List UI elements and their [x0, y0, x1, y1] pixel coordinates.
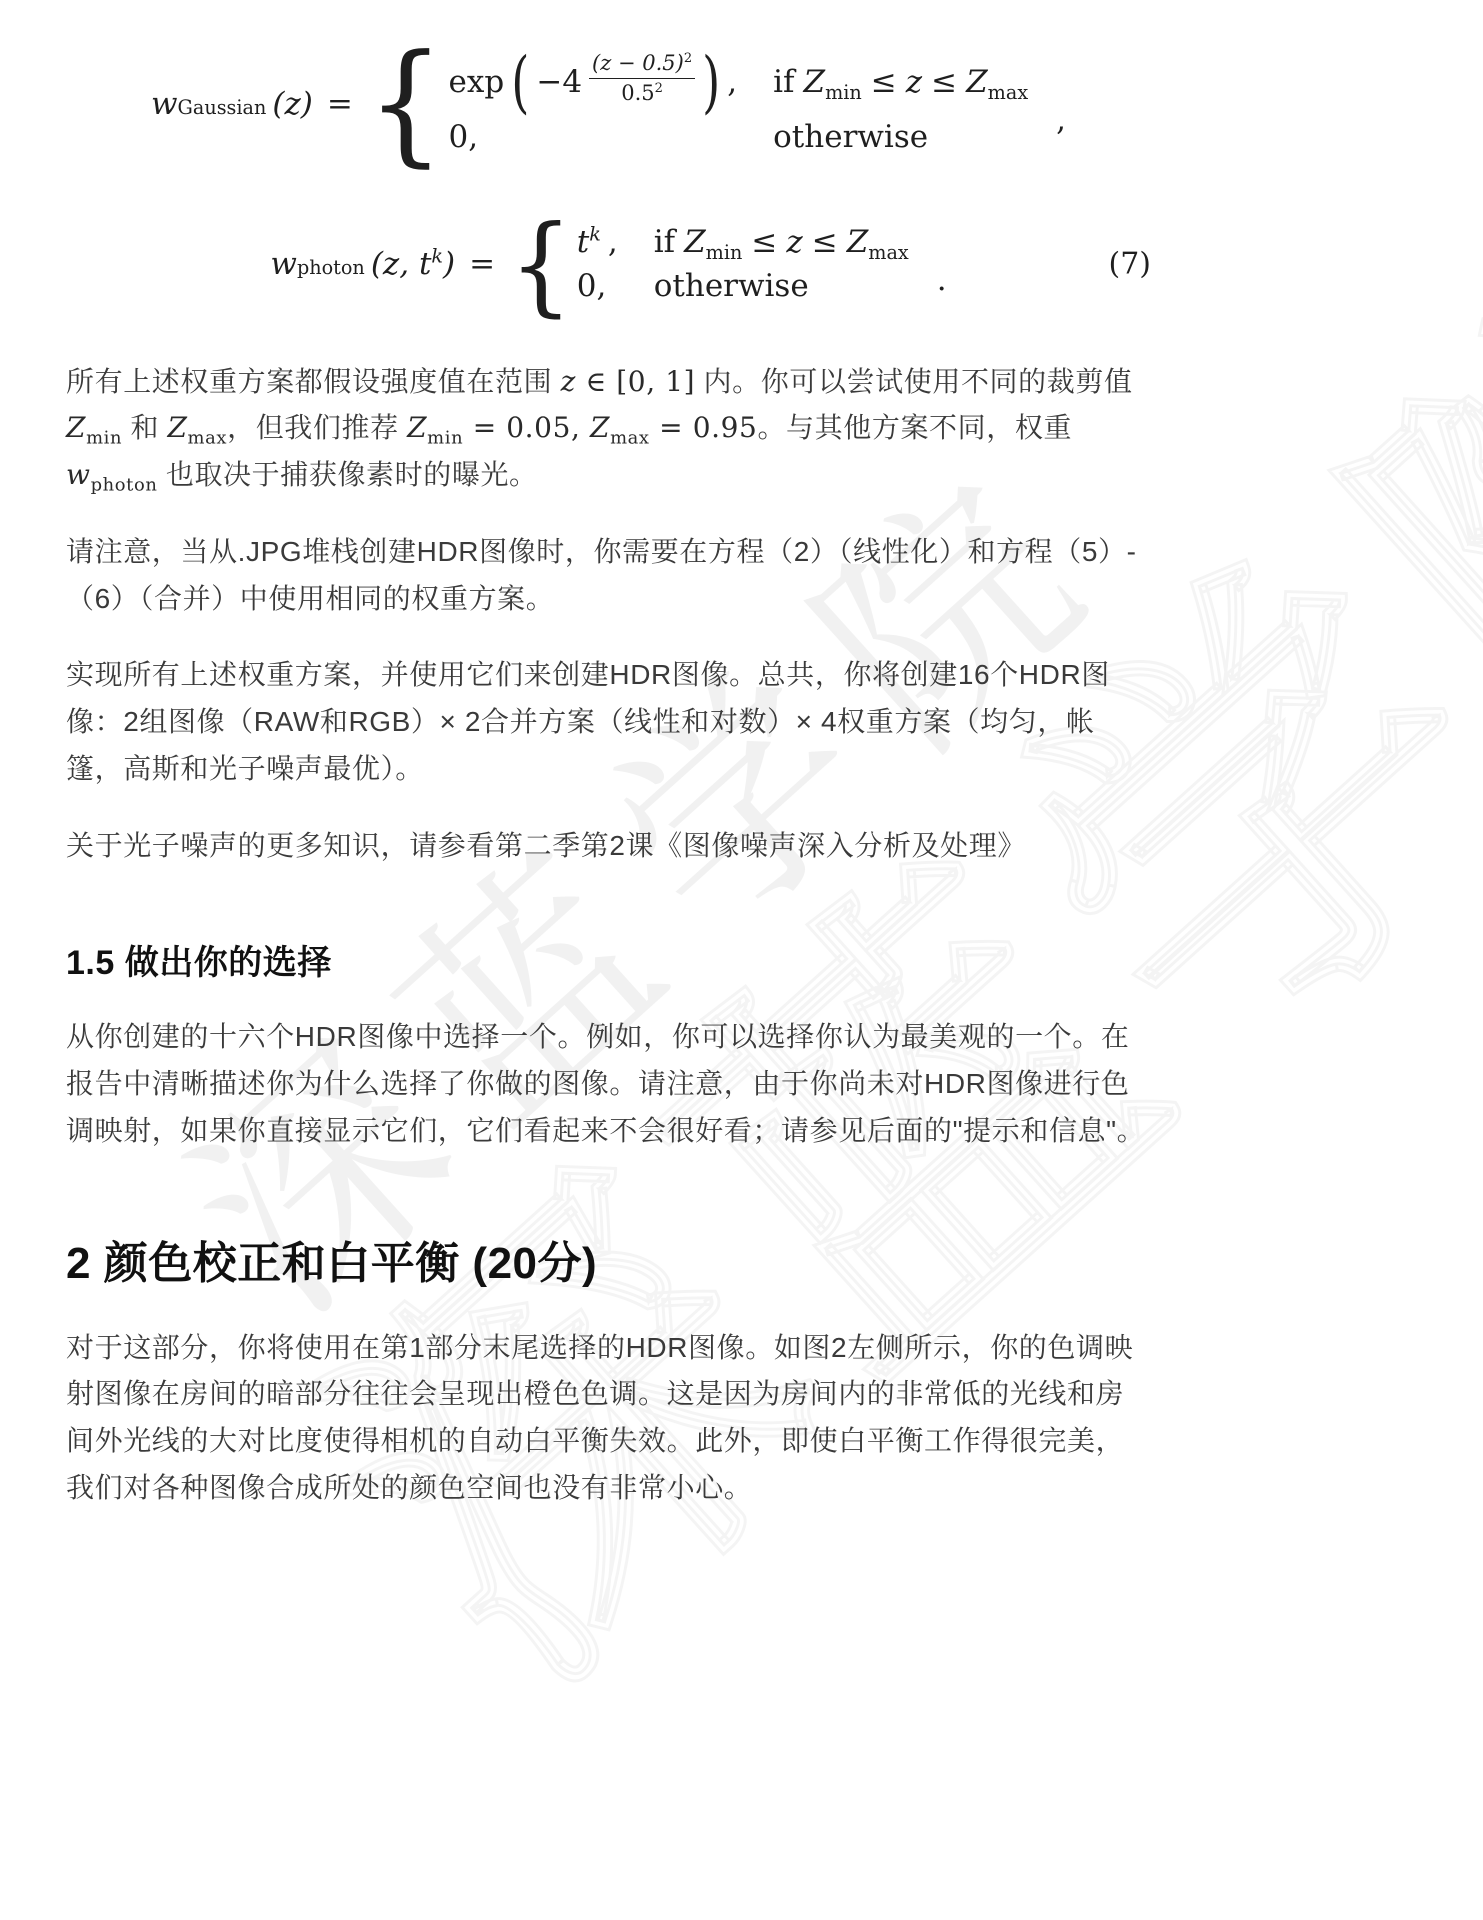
sub-min: min — [86, 428, 122, 449]
var-w: w — [151, 86, 178, 122]
z-min: Zmin — [804, 64, 862, 100]
equation-gaussian-weight: wGaussian(z)= { exp ( −4 (z − 0.5)20.52 … — [66, 52, 1151, 156]
var-z: z — [561, 365, 576, 398]
leq-sign: ≤ — [871, 64, 897, 100]
cases-brace: { — [367, 48, 445, 160]
sub-max: max — [868, 241, 909, 264]
leq-sign: ≤ — [931, 64, 957, 100]
equation-lhs: wGaussian(z)= — [151, 86, 365, 122]
var-Z: Z — [966, 64, 988, 100]
args-open: (z, t — [371, 246, 432, 282]
case-value-1: exp ( −4 (z − 0.5)20.52 ), — [449, 53, 738, 111]
fraction-numerator: (z − 0.5)2 — [589, 50, 695, 79]
var-z: z — [786, 224, 802, 260]
fraction: (z − 0.5)20.52 — [589, 50, 695, 108]
numerator-base: (z − 0.5) — [592, 51, 684, 75]
args-z: (z) — [272, 86, 313, 122]
var-Z: Z — [167, 411, 187, 444]
sub-min: min — [706, 241, 743, 264]
if-keyword: if — [654, 224, 675, 260]
var-Z: Z — [804, 64, 826, 100]
big-paren-close: ) — [702, 43, 720, 121]
var-Z: Z — [847, 224, 869, 260]
case-condition-2: otherwise — [773, 119, 1028, 155]
trailing-comma: , — [1056, 102, 1066, 138]
args-z-tk: (z, tk) — [371, 246, 455, 282]
case-value-1: tk, — [577, 224, 618, 260]
var-Z: Z — [590, 411, 610, 444]
sub-max: max — [188, 428, 228, 449]
paragraph-jpg-note: 请注意，当从.JPG堆栈创建HDR图像时，你需要在方程（2）（线性化）和方程（5… — [66, 529, 1151, 623]
cases-brace: { — [509, 218, 573, 310]
exp-operator: exp — [449, 64, 505, 100]
text-segment: 也取决于捕获像素时的曝光。 — [157, 459, 537, 490]
paragraph-make-choice: 从你创建的十六个HDR图像中选择一个。例如，你可以选择你认为最美观的一个。在报告… — [66, 1014, 1151, 1154]
inline-math-w-photon: wphoton — [66, 458, 157, 491]
inline-math-recommended-values: Zmin = 0.05, Zmax = 0.95 — [407, 411, 757, 444]
sub-min: min — [427, 428, 463, 449]
var-w: w — [270, 246, 297, 282]
otherwise-keyword: otherwise — [654, 268, 809, 304]
cases-body: exp ( −4 (z − 0.5)20.52 ), if Zmin ≤ z ≤… — [449, 53, 1029, 155]
big-paren-open: ( — [511, 43, 529, 121]
equation-lhs: wphoton(z, tk)= — [270, 246, 507, 282]
var-t: t — [577, 224, 589, 260]
sub-max: max — [610, 428, 650, 449]
zero-value: 0, — [577, 268, 607, 304]
sub-min: min — [825, 81, 862, 104]
z-min: Zmin — [684, 224, 742, 260]
paragraph-photon-noise-reference: 关于光子噪声的更多知识，请参看第二季第2课《图像噪声深入分析及处理》 — [66, 823, 1151, 870]
paragraph-implement-schemes: 实现所有上述权重方案，并使用它们来创建HDR图像。总共，你将创建16个HDR图像… — [66, 652, 1151, 792]
heading-section-2: 2 颜色校正和白平衡 (20分) — [66, 1227, 1151, 1291]
range-notation: ∈ [0, 1] — [576, 365, 695, 398]
equals-sign: = — [469, 246, 495, 282]
document-page: wGaussian(z)= { exp ( −4 (z − 0.5)20.52 … — [0, 0, 1217, 1512]
z-max: Zmax — [966, 64, 1028, 100]
equation-photon-weight: wphoton(z, tk)= { tk, if Zmin ≤ z ≤ Zmax… — [66, 222, 1151, 307]
value-005: = 0.05, — [463, 411, 590, 444]
text-segment: ， — [227, 412, 256, 443]
var-w: w — [66, 458, 91, 491]
case-condition-1: if Zmin ≤ z ≤ Zmax — [654, 224, 909, 260]
text-segment: 内。你可以尝试使用不同的裁剪值 — [695, 366, 1132, 397]
exponent-k: k — [431, 245, 443, 268]
value-095: = 0.95 — [650, 411, 758, 444]
fraction-denominator: 0.52 — [621, 79, 663, 107]
var-Z: Z — [684, 224, 706, 260]
text-segment: 和 — [122, 412, 167, 443]
comma: , — [608, 224, 618, 260]
case-condition-1: if Zmin ≤ z ≤ Zmax — [773, 64, 1028, 100]
z-max: Zmax — [847, 224, 909, 260]
t-power-k: tk — [577, 224, 601, 260]
trailing-period: . — [937, 262, 947, 298]
var-Z: Z — [407, 411, 427, 444]
var-Z: Z — [66, 411, 86, 444]
case-value-2: 0, — [577, 268, 618, 304]
text-segment: 所有上述权重方案都假设强度值在范围 — [66, 366, 561, 397]
sub-photon: photon — [91, 475, 158, 496]
case-condition-2: otherwise — [654, 268, 909, 304]
sub-max: max — [988, 81, 1029, 104]
heading-section-1-5: 1.5 做出你的选择 — [66, 935, 1151, 984]
denominator-exponent: 2 — [655, 81, 663, 96]
leq-sign: ≤ — [751, 224, 777, 260]
otherwise-keyword: otherwise — [773, 119, 928, 155]
leq-sign: ≤ — [812, 224, 838, 260]
cases-body: tk, if Zmin ≤ z ≤ Zmax 0, otherwise — [577, 224, 909, 304]
args-close: ) — [443, 246, 455, 282]
comma: , — [727, 64, 737, 100]
inline-math-z-range: z ∈ [0, 1] — [561, 365, 696, 398]
paragraph-color-correction-intro: 对于这部分，你将使用在第1部分末尾选择的HDR图像。如图2左侧所示，你的色调映射… — [66, 1325, 1151, 1512]
exponent-k: k — [589, 223, 601, 246]
paragraph-weight-range: 所有上述权重方案都假设强度值在范围 z ∈ [0, 1] 内。你可以尝试使用不同… — [66, 359, 1151, 499]
zero-value: 0, — [449, 119, 479, 155]
denominator-base: 0.5 — [621, 81, 654, 105]
numerator-exponent: 2 — [684, 51, 692, 66]
equation-number: (7) — [1109, 247, 1152, 282]
var-z: z — [906, 64, 922, 100]
coefficient: −4 — [536, 64, 582, 100]
inline-math-zmin: Zmin — [66, 411, 122, 444]
inline-math-zmax: Zmax — [167, 411, 227, 444]
text-segment: 。与其他方案不同，权重 — [757, 412, 1072, 443]
equals-sign: = — [327, 86, 353, 122]
text-segment: 但我们推荐 — [256, 412, 407, 443]
if-keyword: if — [773, 64, 794, 100]
case-value-2: 0, — [449, 119, 738, 155]
